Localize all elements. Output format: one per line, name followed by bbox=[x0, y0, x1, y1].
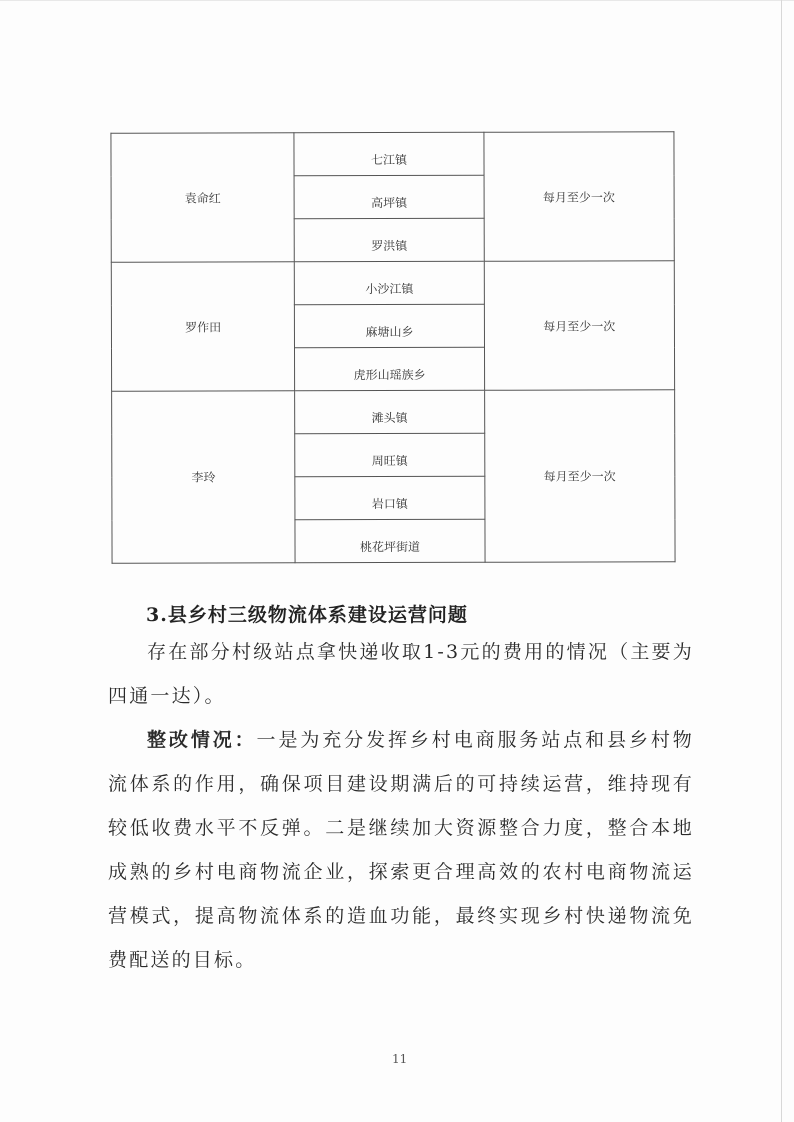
problem-paragraph: 存在部分村级站点拿快递收取1-3元的费用的情况（主要为四通一达）。 bbox=[108, 630, 694, 718]
rectification-paragraph: 整改情况：一是为充分发挥乡村电商服务站点和县乡村物流体系的作用，确保项目建设期满… bbox=[108, 718, 694, 982]
section-heading: 3.县乡村三级物流体系建设运营问题 bbox=[146, 600, 468, 627]
page-edge bbox=[0, 0, 794, 1]
town-cell: 周旺镇 bbox=[295, 433, 484, 476]
rectification-label: 整改情况： bbox=[147, 729, 257, 751]
town-cell: 桃花坪街道 bbox=[295, 519, 484, 562]
rectification-text: 一是为充分发挥乡村电商服务站点和县乡村物流体系的作用，确保项目建设期满后的可持续… bbox=[108, 729, 694, 971]
frequency-cell: 每月至少一次 bbox=[484, 390, 675, 562]
town-cell: 高坪镇 bbox=[294, 175, 483, 218]
frequency-cell: 每月至少一次 bbox=[484, 261, 675, 390]
town-cell: 虎形山瑶族乡 bbox=[295, 347, 484, 390]
table-row: 罗作田 小沙江镇 每月至少一次 bbox=[111, 261, 674, 305]
town-cell: 七江镇 bbox=[294, 132, 483, 175]
person-cell: 袁命红 bbox=[111, 133, 295, 262]
page-edge bbox=[781, 0, 782, 1122]
frequency-cell: 每月至少一次 bbox=[484, 132, 675, 261]
person-cell: 李玲 bbox=[112, 391, 296, 563]
town-cell: 罗洪镇 bbox=[295, 218, 484, 261]
table-row: 李玲 滩头镇 每月至少一次 bbox=[112, 390, 675, 434]
town-cell: 小沙江镇 bbox=[295, 261, 484, 304]
town-cell: 岩口镇 bbox=[295, 476, 484, 519]
page-number: 11 bbox=[392, 1052, 407, 1066]
table-row: 袁命红 七江镇 每月至少一次 bbox=[111, 132, 674, 176]
responsibility-table: 袁命红 七江镇 每月至少一次 高坪镇 罗洪镇 罗作田 小沙江镇 每月至少一次 麻… bbox=[110, 131, 675, 563]
person-cell: 罗作田 bbox=[111, 262, 295, 391]
town-cell: 麻塘山乡 bbox=[295, 304, 484, 347]
town-cell: 滩头镇 bbox=[295, 390, 484, 433]
